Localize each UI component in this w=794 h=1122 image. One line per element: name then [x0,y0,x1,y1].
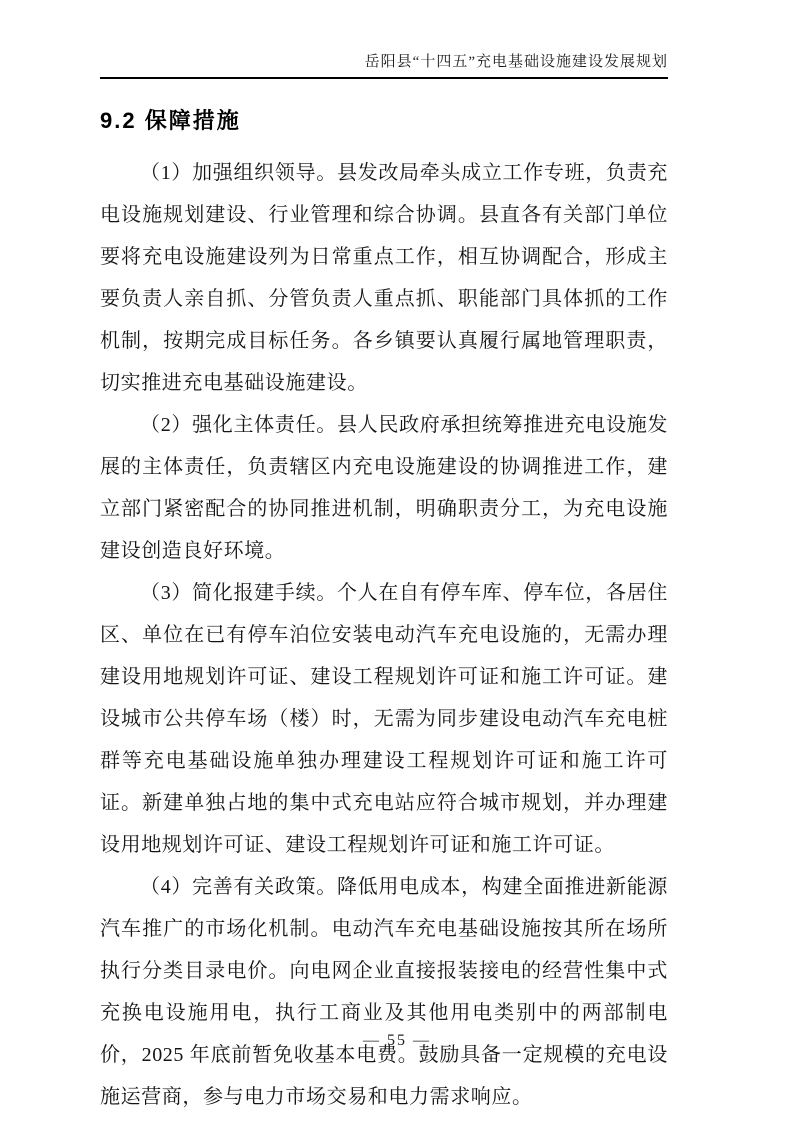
paragraph-4: （4）完善有关政策。降低用电成本，构建全面推进新能源汽车推广的市场化机制。电动汽… [100,866,668,1118]
document-body: （1）加强组织领导。县发改局牵头成立工作专班，负责充电设施规划建设、行业管理和综… [100,152,668,1118]
paragraph-2: （2）强化主体责任。县人民政府承担统筹推进充电设施发展的主体责任，负责辖区内充电… [100,404,668,572]
section-heading: 9.2 保障措施 [100,106,668,136]
paragraph-1: （1）加强组织领导。县发改局牵头成立工作专班，负责充电设施规划建设、行业管理和综… [100,152,668,404]
document-page: 岳阳县“十四五”充电基础设施建设发展规划 9.2 保障措施 （1）加强组织领导。… [0,0,794,1122]
running-header: 岳阳县“十四五”充电基础设施建设发展规划 [100,52,668,79]
running-header-title: 岳阳县“十四五”充电基础设施建设发展规划 [100,52,668,72]
page-footer: — 55 — [0,1032,794,1050]
paragraph-3: （3）简化报建手续。个人在自有停车库、停车位，各居住区、单位在已有停车泊位安装电… [100,572,668,866]
page-number: — 55 — [363,1032,431,1049]
